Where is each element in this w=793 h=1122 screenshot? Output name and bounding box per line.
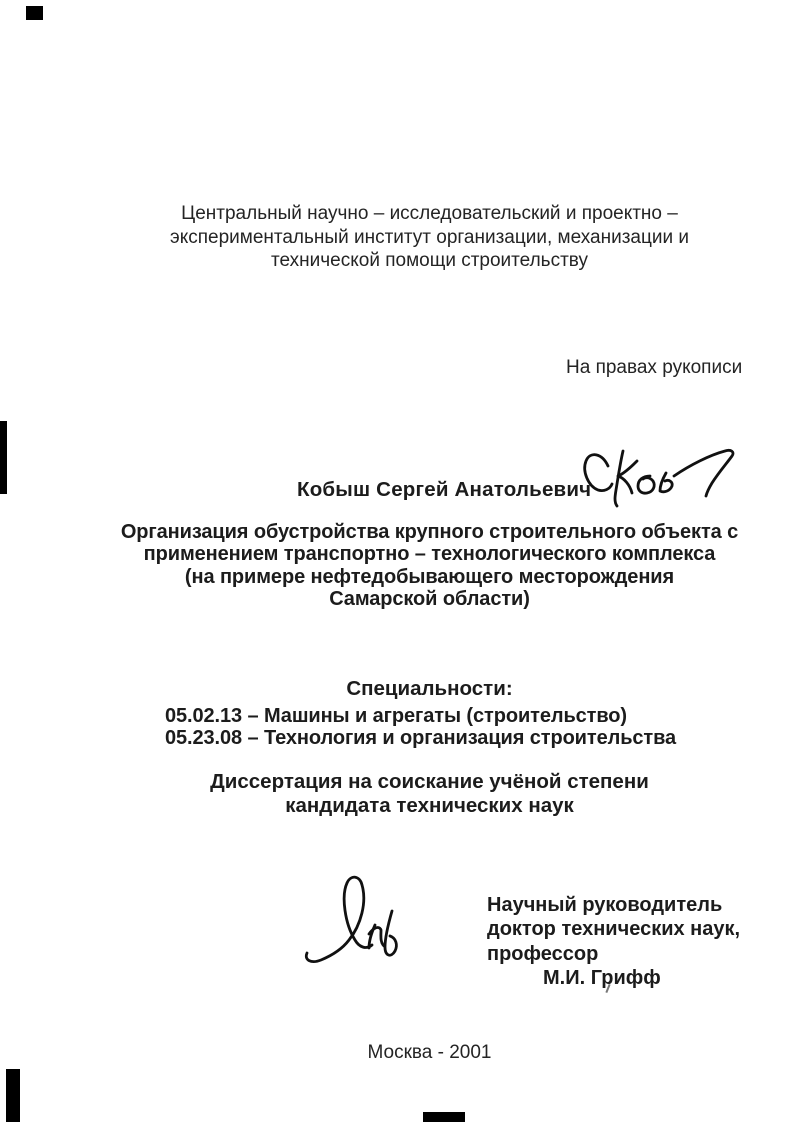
title-line: применением транспортно – технологическо… xyxy=(66,543,793,565)
specialties-heading: Специальности: xyxy=(66,677,793,701)
dissertation-title: Организация обустройства крупного строит… xyxy=(66,521,793,610)
supervisor-name: М.И. Грифф xyxy=(487,966,740,990)
dissertation-line: кандидата технических наук xyxy=(66,794,793,818)
scan-artifact-bottom-left xyxy=(6,1069,20,1122)
supervisor-block: Научный руководитель доктор технических … xyxy=(487,893,740,990)
dissertation-note: Диссертация на соискание учёной степени … xyxy=(66,770,793,817)
institute-line: экспериментальный институт организации, … xyxy=(66,226,793,250)
author-signature-icon xyxy=(578,444,746,518)
supervisor-line: Научный руководитель xyxy=(487,893,740,917)
institute-line: Центральный научно – исследовательский и… xyxy=(66,202,793,226)
institute-header: Центральный научно – исследовательский и… xyxy=(66,202,793,273)
title-line: (на примере нефтедобывающего месторожден… xyxy=(66,566,793,588)
supervisor-line: профессор xyxy=(487,942,740,966)
specialty-item: 05.02.13 – Машины и агрегаты (строительс… xyxy=(165,706,676,728)
institute-line: технической помощи строительству xyxy=(66,249,793,273)
specialty-item: 05.23.08 – Технология и организация стро… xyxy=(165,728,676,750)
title-line: Организация обустройства крупного строит… xyxy=(66,521,793,543)
scan-artifact-top-left xyxy=(26,6,43,20)
title-line: Самарской области) xyxy=(66,588,793,610)
supervisor-signature-icon xyxy=(299,870,419,968)
scan-artifact-left-edge xyxy=(0,421,7,494)
city-year: Москва - 2001 xyxy=(66,1042,793,1064)
specialties-list: 05.02.13 – Машины и агрегаты (строительс… xyxy=(165,706,676,750)
scanned-title-page: Центральный научно – исследовательский и… xyxy=(0,0,793,1122)
manuscript-note: На правах рукописи xyxy=(566,357,742,379)
author-name: Кобыш Сергей Анатольевич xyxy=(297,478,591,502)
supervisor-line: доктор технических наук, xyxy=(487,917,740,941)
scan-artifact-bottom-edge xyxy=(423,1112,465,1122)
dissertation-line: Диссертация на соискание учёной степени xyxy=(66,770,793,794)
